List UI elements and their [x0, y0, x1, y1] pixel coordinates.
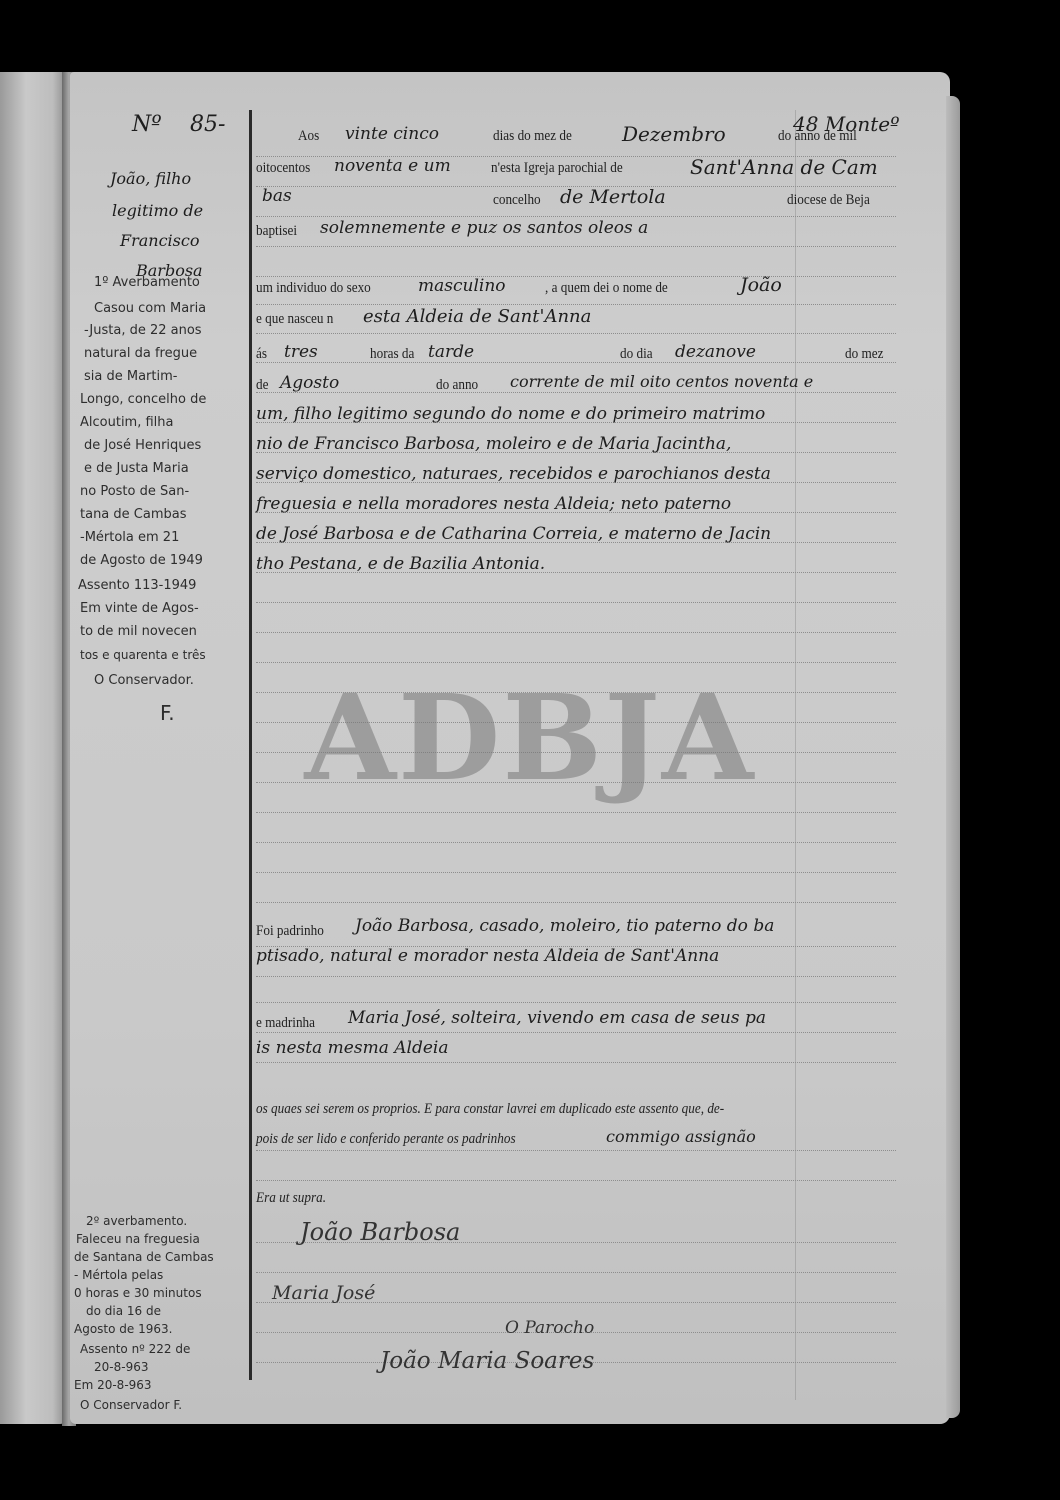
facing-page-edge [0, 72, 66, 1424]
page-stack-edge [946, 96, 960, 1418]
record-number-label: Nº [132, 112, 162, 137]
margin-rule [249, 110, 252, 1380]
archive-watermark: ADBJA [270, 668, 790, 807]
priest-signature: João Maria Soares [380, 1348, 594, 1374]
priest-title: O Parocho [505, 1318, 594, 1338]
godfather-signature: João Barbosa [300, 1218, 460, 1246]
record-number: 85- [190, 112, 225, 137]
godmother-signature: Maria José [272, 1282, 375, 1304]
era-ut-supra: Era ut supra. [256, 1190, 326, 1207]
conservador-initial: F. [160, 702, 175, 724]
